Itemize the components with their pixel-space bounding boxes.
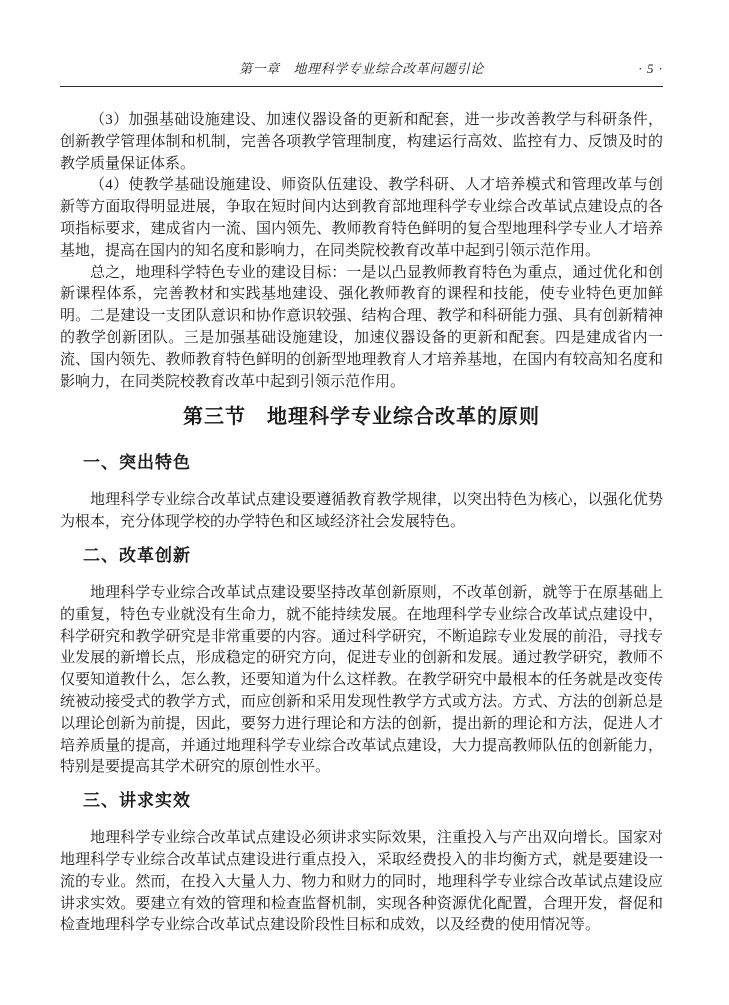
paragraph-point-4: （4）使教学基础设施建设、师资队伍建设、教学科研、人才培养模式和管理改革与创新等…	[60, 175, 663, 262]
paragraph-point-3: （3）加强基础设施建设、加速仪器设备的更新和配套，进一步改善教学与科研条件，创新…	[60, 110, 663, 175]
subsection-3-heading: 三、讲求实效	[60, 791, 663, 811]
subsection-3-paragraph: 地理科学专业综合改革试点建设必须讲求实际效果，注重投入与产出双向增长。国家对地理…	[60, 828, 663, 937]
subsection-1-heading: 一、突出特色	[60, 453, 663, 473]
document-page: 第一章 地理科学专业综合改革问题引论 · 5 · （3）加强基础设施建设、加速仪…	[0, 0, 729, 1005]
paragraph-summary: 总之，地理科学特色专业的建设目标：一是以凸显教师教育特色为重点，通过优化和创新课…	[60, 263, 663, 394]
section-title: 第三节 地理科学专业综合改革的原则	[60, 402, 663, 432]
running-header: 第一章 地理科学专业综合改革问题引论 · 5 ·	[60, 0, 663, 87]
page-body: （3）加强基础设施建设、加速仪器设备的更新和配套，进一步改善教学与科研条件，创新…	[60, 110, 663, 937]
subsection-1-paragraph: 地理科学专业综合改革试点建设要遵循教育教学规律，以突出特色为核心，以强化优势为根…	[60, 490, 663, 534]
page-number: · 5 ·	[639, 60, 664, 78]
subsection-2-paragraph: 地理科学专业综合改革试点建设要坚持改革创新原则，不改革创新，就等于在原基础上的重…	[60, 583, 663, 779]
subsection-2-heading: 二、改革创新	[60, 546, 663, 566]
running-header-chapter-title: 第一章 地理科学专业综合改革问题引论	[239, 61, 484, 76]
